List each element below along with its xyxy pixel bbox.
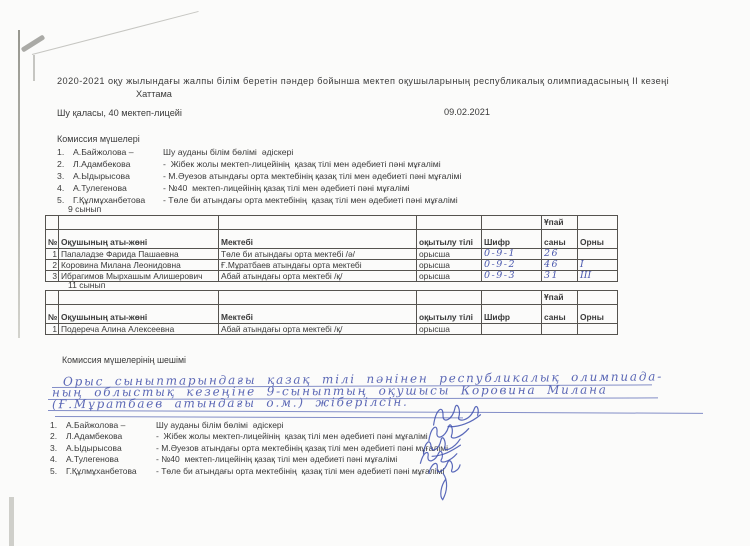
member-number: 3. xyxy=(50,443,66,454)
cell-score-handwritten: 46 xyxy=(542,260,578,271)
member-number: 4. xyxy=(50,454,66,465)
member-role: - М.Әуезов атындағы орта мектебінің қаза… xyxy=(156,443,448,454)
member-role: - М.Әуезов атындағы орта мектебінің қаза… xyxy=(163,170,461,182)
member-role: - Төле би атындағы орта мектебінің қазақ… xyxy=(163,194,458,206)
member-name: Г.Құлмұханбетова xyxy=(66,466,156,477)
cell-place-handwritten: III xyxy=(578,271,618,282)
decision-heading: Комиссия мүшелерінің шешімі xyxy=(62,355,186,365)
header-row-top: Ұпай xyxy=(46,291,618,305)
scan-edge-bottom xyxy=(9,497,14,546)
header-row: № Оқушының аты-жөні Мектебі оқытылу тілі… xyxy=(46,305,618,324)
cell-num: 2 xyxy=(46,260,59,271)
scan-edge-line xyxy=(18,30,20,338)
column-header-name: Оқушының аты-жөні xyxy=(59,230,219,249)
fold-corner-mark xyxy=(21,34,46,52)
scanned-page: 2020-2021 оқу жылындағы жалпы білім бере… xyxy=(0,0,750,546)
column-header-empty xyxy=(219,291,417,305)
column-header-empty xyxy=(482,291,542,305)
column-header-empty xyxy=(482,216,542,230)
column-header-name: Оқушының аты-жөні xyxy=(59,305,219,324)
column-header-empty xyxy=(219,216,417,230)
column-header-score-top: Ұпай xyxy=(542,216,578,230)
cell-place-handwritten xyxy=(578,324,618,335)
fold-crease-line-short xyxy=(33,55,35,81)
column-header-school: Мектебі xyxy=(219,305,417,324)
date-label: 09.02.2021 xyxy=(444,107,490,117)
column-header-empty xyxy=(59,291,219,305)
cell-school: Абай атындағы орта мектебі /қ/ xyxy=(219,271,417,282)
list-item: 5. Г.Құлмұханбетова - Төле би атындағы о… xyxy=(57,194,461,206)
column-header-empty xyxy=(46,216,59,230)
cell-score-handwritten xyxy=(542,324,578,335)
cell-school: Абай атындағы орта мектебі /қ/ xyxy=(219,324,417,335)
cell-lang: орысша xyxy=(417,249,482,260)
column-header-shifr: Шифр xyxy=(482,230,542,249)
table-row: 1 Подереча Алина Алексеевна Абай атындағ… xyxy=(46,324,618,335)
table-row: 1 Папаладзе Фарида Пашаевна Төле би атын… xyxy=(46,249,618,260)
member-number: 3. xyxy=(57,170,73,182)
ruled-line xyxy=(48,410,703,414)
list-item: 3. А.Ыдырысова - М.Әуезов атындағы орта … xyxy=(57,170,461,182)
fold-crease-line xyxy=(32,11,199,55)
column-header-num: № xyxy=(46,230,59,249)
cell-name: Коровина Милана Леонидовна xyxy=(59,260,219,271)
cell-name: Подереча Алина Алексеевна xyxy=(59,324,219,335)
column-header-score-top: Ұпай xyxy=(542,291,578,305)
cell-shifr-handwritten xyxy=(482,324,542,335)
column-header-score-bottom: саны xyxy=(542,230,578,249)
list-item: 5. Г.Құлмұханбетова - Төле би атындағы о… xyxy=(50,466,448,477)
column-header-lang: оқытылу тілі xyxy=(417,305,482,324)
list-item: 3. А.Ыдырысова - М.Әуезов атындағы орта … xyxy=(50,443,448,454)
column-header-school: Мектебі xyxy=(219,230,417,249)
member-role: - Жібек жолы мектеп-лицейінің қазақ тілі… xyxy=(156,431,428,442)
member-number: 2. xyxy=(50,431,66,442)
header-row: № Оқушының аты-жөні Мектебі оқытылу тілі… xyxy=(46,230,618,249)
member-name: А.Ыдырысова xyxy=(66,443,156,454)
commission-member-list: 1. А.Байжолова – Шу ауданы білім бөлімі … xyxy=(57,146,461,206)
document-title: 2020-2021 оқу жылындағы жалпы білім бере… xyxy=(57,76,669,86)
member-role: - Төле би атындағы орта мектебінің қазақ… xyxy=(156,466,444,477)
list-item: 1. А.Байжолова – Шу ауданы білім бөлімі … xyxy=(50,420,448,431)
member-number: 1. xyxy=(57,146,73,158)
ruled-line xyxy=(55,416,463,418)
column-header-lang: оқытылу тілі xyxy=(417,230,482,249)
cell-score-handwritten: 26 xyxy=(542,249,578,260)
table9-caption: 9 сынып xyxy=(68,204,101,214)
results-table-grade9: Ұпай № Оқушының аты-жөні Мектебі оқытылу… xyxy=(45,215,618,282)
column-header-empty xyxy=(417,216,482,230)
location-label: Шу қаласы, 40 мектеп-лицейі xyxy=(57,108,182,118)
column-header-place: Орны xyxy=(578,305,618,324)
header-row-top: Ұпай xyxy=(46,216,618,230)
list-item: 4. А.Тулегенова - №40 мектеп-лицейінің қ… xyxy=(57,182,461,194)
list-item: 4. А.Тулегенова - №40 мектеп-лицейінің қ… xyxy=(50,454,448,465)
document-type-label: Хаттама xyxy=(136,89,172,99)
member-name: Л.Адамбекова xyxy=(66,431,156,442)
column-header-empty xyxy=(59,216,219,230)
column-header-empty xyxy=(417,291,482,305)
member-number: 5. xyxy=(50,466,66,477)
column-header-score-bottom: саны xyxy=(542,305,578,324)
member-name: А.Тулегенова xyxy=(66,454,156,465)
cell-shifr-handwritten: 0-9-2 xyxy=(482,260,542,271)
member-role: Шу ауданы білім бөлімі әдіскері xyxy=(156,420,284,431)
cell-score-handwritten: 31 xyxy=(542,271,578,282)
member-number: 2. xyxy=(57,158,73,170)
column-header-empty xyxy=(46,291,59,305)
member-name: Л.Адамбекова xyxy=(73,158,163,170)
cell-school: Ғ.Мұратбаев атындағы орта мектебі xyxy=(219,260,417,271)
signature-icon xyxy=(425,457,466,504)
cell-lang: орысша xyxy=(417,260,482,271)
list-item: 2. Л.Адамбекова - Жібек жолы мектеп-лице… xyxy=(50,431,448,442)
column-header-empty xyxy=(578,291,618,305)
cell-school: Төле би атындағы орта мектебі /ә/ xyxy=(219,249,417,260)
member-name: А.Байжолова – xyxy=(66,420,156,431)
member-name: А.Ыдырысова xyxy=(73,170,163,182)
list-item: 1. А.Байжолова – Шу ауданы білім бөлімі … xyxy=(57,146,461,158)
column-header-empty xyxy=(578,216,618,230)
cell-shifr-handwritten: 0-9-3 xyxy=(482,271,542,282)
member-number: 4. xyxy=(57,182,73,194)
cell-name: Папаладзе Фарида Пашаевна xyxy=(59,249,219,260)
cell-num: 3 xyxy=(46,271,59,282)
member-name: А.Тулегенова xyxy=(73,182,163,194)
member-role: - Жібек жолы мектеп-лицейінің қазақ тілі… xyxy=(163,158,441,170)
member-number: 1. xyxy=(50,420,66,431)
member-role: - №40 мектеп-лицейінің қазақ тілі мен әд… xyxy=(163,182,410,194)
commission-heading: Комиссия мүшелері xyxy=(57,134,140,144)
table-row: 2 Коровина Милана Леонидовна Ғ.Мұратбаев… xyxy=(46,260,618,271)
column-header-place: Орны xyxy=(578,230,618,249)
cell-place-handwritten: I xyxy=(578,260,618,271)
column-header-shifr: Шифр xyxy=(482,305,542,324)
cell-lang: орысша xyxy=(417,324,482,335)
table11-caption: 11 сынып xyxy=(68,280,105,290)
cell-place-handwritten xyxy=(578,249,618,260)
cell-num: 1 xyxy=(46,324,59,335)
cell-lang: орысша xyxy=(417,271,482,282)
member-name: А.Байжолова – xyxy=(73,146,163,158)
column-header-num: № xyxy=(46,305,59,324)
cell-shifr-handwritten: 0-9-1 xyxy=(482,249,542,260)
results-table-grade11: Ұпай № Оқушының аты-жөні Мектебі оқытылу… xyxy=(45,290,618,335)
cell-num: 1 xyxy=(46,249,59,260)
signatory-list: 1. А.Байжолова – Шу ауданы білім бөлімі … xyxy=(50,420,448,477)
member-role: - №40 мектеп-лицейінің қазақ тілі мен әд… xyxy=(156,454,397,465)
list-item: 2. Л.Адамбекова - Жібек жолы мектеп-лице… xyxy=(57,158,461,170)
table-row: 3 Ибрагимов Мырхашым Алишерович Абай аты… xyxy=(46,271,618,282)
member-role: Шу ауданы білім бөлімі әдіскері xyxy=(163,146,293,158)
